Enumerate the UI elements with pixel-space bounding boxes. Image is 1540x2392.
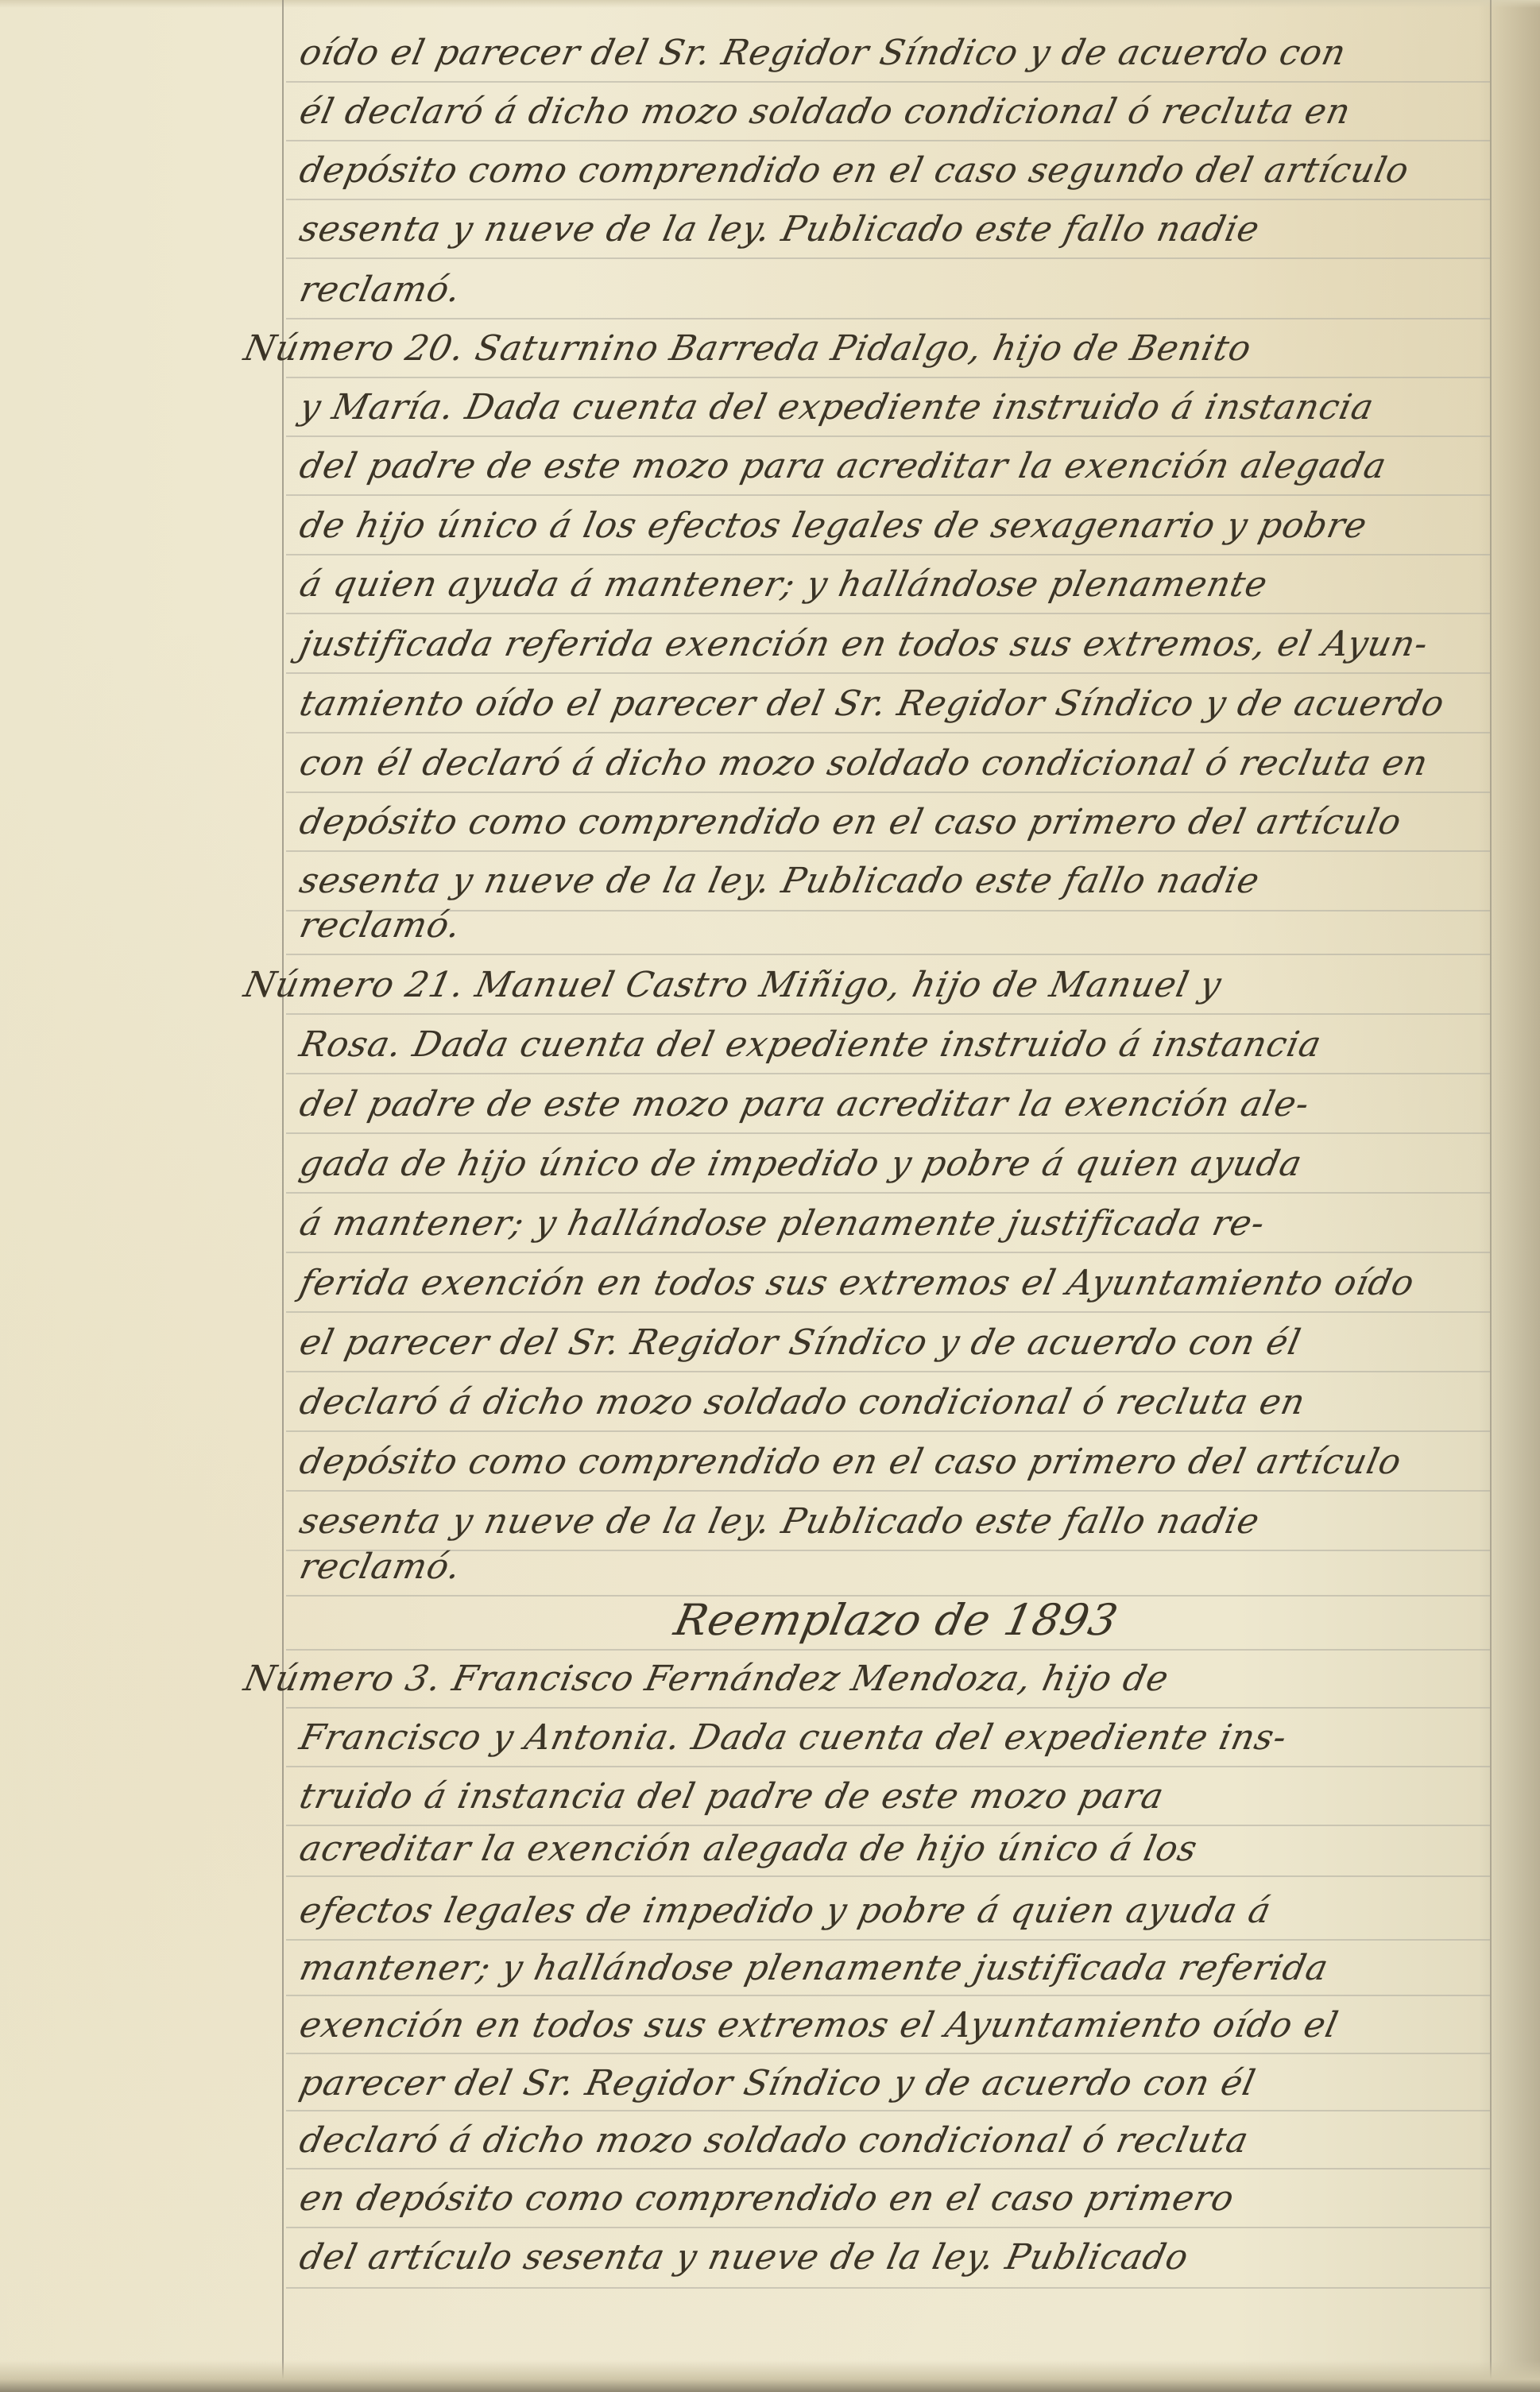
- page-top-edge: [0, 0, 1540, 8]
- text-line: del padre de este mozo para acreditar la…: [294, 1075, 1499, 1134]
- entry-header-numero-3: Número 3. Francisco Fernández Mendoza, h…: [238, 1650, 1443, 1709]
- text-line: depósito como comprendido en el caso seg…: [294, 141, 1499, 200]
- text-line: oído el parecer del Sr. Regidor Síndico …: [294, 24, 1499, 83]
- text-line: con él declaró á dicho mozo soldado cond…: [294, 734, 1499, 793]
- text-line: reclamó.: [294, 261, 1499, 319]
- text-line: truido á instancia del padre de este moz…: [294, 1767, 1499, 1826]
- text-line: en depósito como comprendido en el caso …: [294, 2169, 1499, 2228]
- text-line: mantener; y hallándose plenamente justif…: [294, 1939, 1499, 1998]
- manuscript-page: oído el parecer del Sr. Regidor Síndico …: [0, 0, 1540, 2392]
- text-line: á mantener; y hallándose plenamente just…: [294, 1194, 1499, 1253]
- text-line: Francisco y Antonia. Dada cuenta del exp…: [294, 1709, 1499, 1767]
- entry-header-numero-21: Número 21. Manuel Castro Miñigo, hijo de…: [238, 956, 1443, 1015]
- text-line: declaró á dicho mozo soldado condicional…: [294, 1373, 1499, 1432]
- text-line: del padre de este mozo para acreditar la…: [294, 437, 1499, 496]
- text-line: exención en todos sus extremos el Ayunta…: [294, 1996, 1499, 2055]
- text-line: efectos legales de impedido y pobre á qu…: [294, 1882, 1499, 1941]
- text-line: el parecer del Sr. Regidor Síndico y de …: [294, 1314, 1499, 1372]
- text-line: de hijo único á los efectos legales de s…: [294, 497, 1499, 555]
- text-line: del artículo sesenta y nueve de la ley. …: [294, 2228, 1499, 2287]
- text-line: declaró á dicho mozo soldado condicional…: [294, 2111, 1499, 2170]
- entry-header-numero-20: Número 20. Saturnino Barreda Pidalgo, hi…: [238, 319, 1443, 378]
- text-line: á quien ayuda á mantener; y hallándose p…: [294, 555, 1499, 614]
- text-line: parecer del Sr. Regidor Síndico y de acu…: [294, 2054, 1499, 2113]
- text-line: ferida exención en todos sus extremos el…: [294, 1254, 1499, 1313]
- text-line: él declaró á dicho mozo soldado condicio…: [294, 83, 1499, 141]
- text-line: tamiento oído el parecer del Sr. Regidor…: [294, 675, 1499, 733]
- text-line: reclamó.: [294, 1538, 1499, 1597]
- text-line: justificada referida exención en todos s…: [294, 615, 1499, 674]
- page-bottom-edge: [0, 2360, 1540, 2392]
- ruled-line: [286, 2287, 1490, 2289]
- section-heading: Reemplazo de 1893: [294, 1591, 1499, 1650]
- text-line: reclamó.: [294, 896, 1499, 955]
- text-line: Rosa. Dada cuenta del expediente instrui…: [294, 1016, 1499, 1074]
- text-line: sesenta y nueve de la ley. Publicado est…: [294, 200, 1499, 259]
- text-line: gada de hijo único de impedido y pobre á…: [294, 1135, 1499, 1194]
- text-line: y María. Dada cuenta del expediente inst…: [294, 378, 1499, 437]
- text-line: acreditar la exención alegada de hijo ún…: [294, 1820, 1499, 1879]
- text-line: depósito como comprendido en el caso pri…: [294, 1433, 1499, 1492]
- text-line: depósito como comprendido en el caso pri…: [294, 793, 1499, 852]
